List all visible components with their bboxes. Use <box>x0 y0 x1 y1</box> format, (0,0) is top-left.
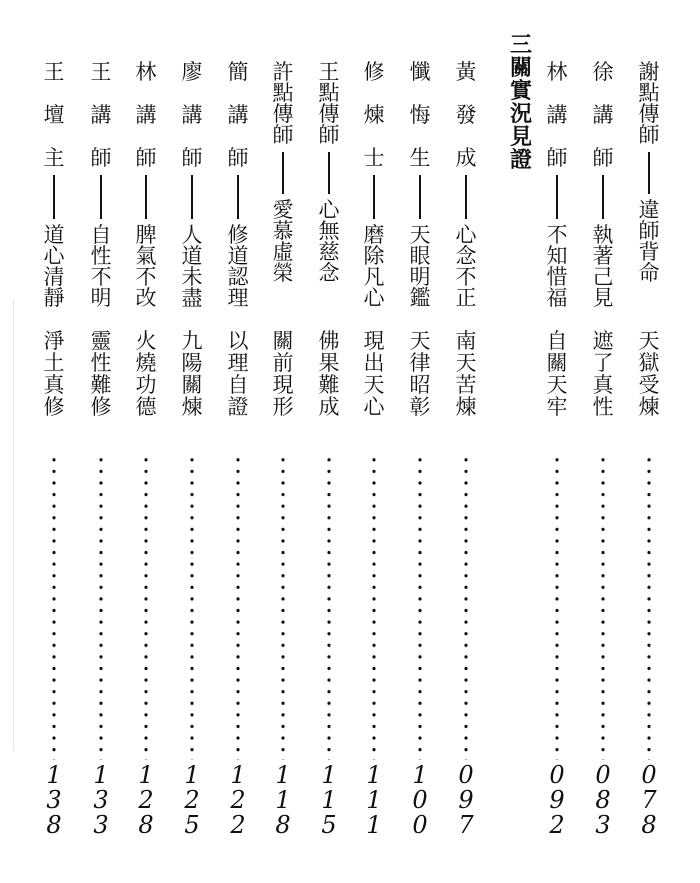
page-digit: 2 <box>184 788 199 813</box>
page-digit: 3 <box>46 788 61 813</box>
page-digit: 8 <box>595 788 610 813</box>
entry-subtitle: 以理自證 <box>221 330 255 418</box>
entry-person-name: 謝點傳師 <box>635 62 663 146</box>
name-char: 謝 <box>635 62 663 83</box>
title-char: 違 <box>635 200 663 221</box>
dot-leader <box>449 454 483 760</box>
dot-leader <box>266 454 300 760</box>
page-digit: 1 <box>230 763 245 788</box>
title-char: 執 <box>589 225 617 246</box>
em-dash-separator <box>373 175 375 219</box>
subtitle-char: 難 <box>315 374 343 396</box>
page-digit: 1 <box>275 763 290 788</box>
toc-entry[interactable]: 黃發成心念不正 <box>449 62 483 309</box>
title-char: 心 <box>452 225 480 246</box>
name-char: 傳 <box>635 104 663 125</box>
entry-person-name: 王講師 <box>87 62 115 169</box>
subtitle-char: 了 <box>589 352 617 374</box>
page-number[interactable]: 115 <box>312 763 346 838</box>
page-number[interactable]: 133 <box>84 763 118 838</box>
name-char: 講 <box>87 105 115 126</box>
subtitle-char: 天 <box>543 374 571 396</box>
dot-leader <box>586 454 620 760</box>
entry-title: 天眼明鑑 <box>406 225 434 309</box>
title-char: 理 <box>224 288 252 309</box>
toc-entry[interactable]: 簡講師修道認理 <box>221 62 255 309</box>
dot-leader <box>37 454 71 760</box>
dot-leader <box>357 454 391 760</box>
title-char: 著 <box>589 246 617 267</box>
subtitle-char: 受 <box>635 374 663 396</box>
page-digit: 0 <box>412 813 427 838</box>
entry-subtitle: 佛果難成 <box>312 330 346 418</box>
page-digit: 1 <box>366 813 381 838</box>
title-char: 師 <box>635 221 663 242</box>
title-char: 不 <box>132 267 160 288</box>
page-digit: 0 <box>549 763 564 788</box>
entry-subtitle: 遮了真性 <box>586 330 620 418</box>
title-char: 改 <box>132 288 160 309</box>
entry-title: 執著己見 <box>589 225 617 309</box>
page-number[interactable]: 083 <box>586 763 620 838</box>
name-char: 師 <box>543 148 571 169</box>
title-char: 己 <box>589 267 617 288</box>
name-char: 許 <box>269 62 297 83</box>
entry-subtitle: 九陽關煉 <box>175 330 209 418</box>
subtitle-char: 自 <box>543 330 571 352</box>
heading-char: 證 <box>507 149 535 172</box>
page-digit: 2 <box>230 813 245 838</box>
entry-subtitle: 靈性難修 <box>84 330 118 418</box>
name-char: 徐 <box>589 62 617 83</box>
title-char: 榮 <box>269 263 297 284</box>
subtitle-char: 天 <box>360 374 388 396</box>
page-number[interactable]: 138 <box>37 763 71 838</box>
entry-title: 違師背命 <box>635 200 663 284</box>
em-dash-separator <box>100 175 102 219</box>
page-digit: 2 <box>138 788 153 813</box>
page-number[interactable]: 125 <box>175 763 209 838</box>
entry-person-name: 修煉士 <box>360 62 388 169</box>
subtitle-char: 律 <box>406 352 434 374</box>
page-digit: 3 <box>595 813 610 838</box>
entry-title: 脾氣不改 <box>132 225 160 309</box>
entry-person-name: 徐講師 <box>589 62 617 169</box>
dot-leader <box>175 454 209 760</box>
subtitle-char: 心 <box>360 396 388 418</box>
page-digit: 0 <box>458 763 473 788</box>
title-char: 鑑 <box>406 288 434 309</box>
name-char: 修 <box>360 62 388 83</box>
em-dash-separator <box>556 175 558 219</box>
name-char: 師 <box>315 125 343 146</box>
em-dash-separator <box>53 175 55 219</box>
name-char: 成 <box>452 148 480 169</box>
entry-title: 不知惜福 <box>543 225 571 309</box>
page-digit: 0 <box>641 763 656 788</box>
name-char: 傳 <box>269 104 297 125</box>
name-char: 講 <box>224 105 252 126</box>
em-dash-separator <box>282 152 284 194</box>
subtitle-char: 昭 <box>406 374 434 396</box>
subtitle-char: 遮 <box>589 330 617 352</box>
subtitle-char: 證 <box>224 396 252 418</box>
name-char: 師 <box>635 125 663 146</box>
title-char: 道 <box>40 225 68 246</box>
em-dash-separator <box>328 152 330 194</box>
title-char: 念 <box>315 263 343 284</box>
subtitle-char: 佛 <box>315 330 343 352</box>
title-char: 愛 <box>269 200 297 221</box>
title-char: 明 <box>87 288 115 309</box>
title-char: 氣 <box>132 246 160 267</box>
title-char: 認 <box>224 267 252 288</box>
name-char: 點 <box>269 83 297 104</box>
page-digit: 1 <box>366 788 381 813</box>
subtitle-char: 性 <box>87 352 115 374</box>
dot-leader <box>84 454 118 760</box>
dot-leader <box>403 454 437 760</box>
toc-entry[interactable]: 修煉士磨除凡心 <box>357 62 391 309</box>
entry-title: 自性不明 <box>87 225 115 309</box>
entry-title: 磨除凡心 <box>360 225 388 309</box>
subtitle-char: 靈 <box>87 330 115 352</box>
em-dash-separator <box>648 152 650 194</box>
subtitle-char: 九 <box>178 330 206 352</box>
title-char: 心 <box>315 200 343 221</box>
em-dash-separator <box>237 175 239 219</box>
title-char: 知 <box>543 246 571 267</box>
subtitle-char: 以 <box>224 330 252 352</box>
page-digit: 8 <box>275 813 290 838</box>
name-char: 講 <box>543 105 571 126</box>
name-char: 主 <box>40 148 68 169</box>
heading-char: 見 <box>507 126 535 149</box>
entry-title: 修道認理 <box>224 225 252 309</box>
subtitle-char: 果 <box>315 352 343 374</box>
name-char: 悔 <box>406 105 434 126</box>
name-char: 士 <box>360 148 388 169</box>
title-char: 虛 <box>269 242 297 263</box>
name-char: 王 <box>315 62 343 83</box>
toc-entry[interactable]: 王壇主道心清靜 <box>37 62 71 309</box>
page-number[interactable]: 100 <box>403 763 437 838</box>
page-digit: 9 <box>458 788 473 813</box>
page-digit: 1 <box>93 763 108 788</box>
subtitle-char: 關 <box>269 330 297 352</box>
entry-person-name: 黃發成 <box>452 62 480 169</box>
subtitle-char: 出 <box>360 352 388 374</box>
entry-title: 心念不正 <box>452 225 480 309</box>
title-char: 惜 <box>543 267 571 288</box>
name-char: 林 <box>132 62 160 83</box>
em-dash-separator <box>419 175 421 219</box>
name-char: 講 <box>589 105 617 126</box>
page-number[interactable]: 097 <box>449 763 483 838</box>
dot-leader <box>129 454 163 760</box>
title-char: 無 <box>315 221 343 242</box>
subtitle-char: 天 <box>452 352 480 374</box>
page-digit: 8 <box>641 813 656 838</box>
subtitle-char: 難 <box>87 374 115 396</box>
page-digit: 1 <box>275 788 290 813</box>
page-number[interactable]: 111 <box>357 763 391 838</box>
toc-entry[interactable]: 懺悔生天眼明鑑 <box>403 62 437 309</box>
subtitle-char: 修 <box>87 396 115 418</box>
name-char: 師 <box>132 148 160 169</box>
name-char: 師 <box>224 148 252 169</box>
subtitle-char: 前 <box>269 352 297 374</box>
entry-subtitle: 天獄受煉 <box>632 330 666 418</box>
page-digit: 1 <box>321 788 336 813</box>
subtitle-char: 關 <box>543 352 571 374</box>
name-char: 黃 <box>452 62 480 83</box>
toc-entry[interactable]: 許點傳師愛慕虛榮 <box>266 62 300 284</box>
title-char: 慈 <box>315 242 343 263</box>
page-digit: 7 <box>641 788 656 813</box>
subtitle-char: 功 <box>132 374 160 396</box>
title-char: 脾 <box>132 225 160 246</box>
entry-title: 心無慈念 <box>315 200 343 284</box>
page-digit: 3 <box>93 813 108 838</box>
subtitle-char: 天 <box>406 330 434 352</box>
name-char: 王 <box>87 62 115 83</box>
subtitle-char: 火 <box>132 330 160 352</box>
title-char: 自 <box>87 225 115 246</box>
title-char: 未 <box>178 267 206 288</box>
toc-entry[interactable]: 林講師不知惜福 <box>540 62 574 309</box>
subtitle-char: 現 <box>360 330 388 352</box>
title-char: 修 <box>224 225 252 246</box>
name-char: 懺 <box>406 62 434 83</box>
name-char: 點 <box>635 83 663 104</box>
subtitle-char: 真 <box>40 374 68 396</box>
entry-subtitle: 火燒功德 <box>129 330 163 418</box>
entry-person-name: 林講師 <box>543 62 571 169</box>
page-digit: 8 <box>46 813 61 838</box>
name-char: 傳 <box>315 104 343 125</box>
subtitle-char: 獄 <box>635 352 663 374</box>
entry-person-name: 王點傳師 <box>315 62 343 146</box>
title-char: 正 <box>452 288 480 309</box>
title-char: 念 <box>452 246 480 267</box>
subtitle-char: 修 <box>40 396 68 418</box>
title-char: 道 <box>178 246 206 267</box>
subtitle-char: 性 <box>589 396 617 418</box>
page-digit: 5 <box>321 813 336 838</box>
subtitle-char: 煉 <box>452 396 480 418</box>
title-char: 磨 <box>360 225 388 246</box>
name-char: 煉 <box>360 105 388 126</box>
toc-entry[interactable]: 徐講師執著己見 <box>586 62 620 309</box>
entry-person-name: 廖講師 <box>178 62 206 169</box>
name-char: 講 <box>132 105 160 126</box>
name-char: 師 <box>589 148 617 169</box>
page-number[interactable]: 122 <box>221 763 255 838</box>
section-heading: 三 關 實 況 見 證 <box>504 34 538 172</box>
subtitle-char: 苦 <box>452 374 480 396</box>
name-char: 生 <box>406 148 434 169</box>
title-char: 除 <box>360 246 388 267</box>
entry-person-name: 許點傳師 <box>269 62 297 146</box>
name-char: 簡 <box>224 62 252 83</box>
title-char: 靜 <box>40 288 68 309</box>
subtitle-char: 牢 <box>543 396 571 418</box>
entry-title: 道心清靜 <box>40 225 68 309</box>
em-dash-separator <box>191 175 193 219</box>
title-char: 人 <box>178 225 206 246</box>
title-char: 明 <box>406 267 434 288</box>
title-char: 性 <box>87 246 115 267</box>
title-char: 天 <box>406 225 434 246</box>
em-dash-separator <box>465 175 467 219</box>
page-digit: 2 <box>549 813 564 838</box>
name-char: 師 <box>269 125 297 146</box>
entry-person-name: 王壇主 <box>40 62 68 169</box>
title-char: 命 <box>635 263 663 284</box>
entry-subtitle: 關前現形 <box>266 330 300 418</box>
title-char: 慕 <box>269 221 297 242</box>
page-number[interactable]: 128 <box>129 763 163 838</box>
name-char: 林 <box>543 62 571 83</box>
title-char: 背 <box>635 242 663 263</box>
title-char: 福 <box>543 288 571 309</box>
toc-entry[interactable]: 謝點傳師違師背命 <box>632 62 666 284</box>
entry-subtitle: 現出天心 <box>357 330 391 418</box>
page-digit: 1 <box>184 763 199 788</box>
name-char: 師 <box>178 148 206 169</box>
subtitle-char: 煉 <box>635 396 663 418</box>
entry-subtitle: 天律昭彰 <box>403 330 437 418</box>
entry-title: 愛慕虛榮 <box>269 200 297 284</box>
heading-char: 況 <box>507 103 535 126</box>
page-digit: 8 <box>138 813 153 838</box>
page-digit: 7 <box>458 813 473 838</box>
title-char: 心 <box>40 246 68 267</box>
subtitle-char: 土 <box>40 352 68 374</box>
page-digit: 1 <box>46 763 61 788</box>
title-char: 不 <box>543 225 571 246</box>
title-char: 不 <box>87 267 115 288</box>
subtitle-char: 天 <box>635 330 663 352</box>
page-number[interactable]: 092 <box>540 763 574 838</box>
page-digit: 1 <box>138 763 153 788</box>
title-char: 不 <box>452 267 480 288</box>
entry-subtitle: 淨土真修 <box>37 330 71 418</box>
subtitle-char: 南 <box>452 330 480 352</box>
toc-entry[interactable]: 廖講師人道未盡 <box>175 62 209 309</box>
name-char: 發 <box>452 105 480 126</box>
toc-entry[interactable]: 王講師自性不明 <box>84 62 118 309</box>
heading-char: 關 <box>507 57 535 80</box>
subtitle-char: 現 <box>269 374 297 396</box>
toc-entry[interactable]: 王點傳師心無慈念 <box>312 62 346 284</box>
subtitle-char: 燒 <box>132 352 160 374</box>
subtitle-char: 彰 <box>406 396 434 418</box>
page-number[interactable]: 118 <box>266 763 300 838</box>
page-digit: 1 <box>366 763 381 788</box>
subtitle-char: 真 <box>589 374 617 396</box>
page-number[interactable]: 078 <box>632 763 666 838</box>
title-char: 心 <box>360 288 388 309</box>
entry-subtitle: 自關天牢 <box>540 330 574 418</box>
page-digit: 2 <box>230 788 245 813</box>
title-char: 凡 <box>360 267 388 288</box>
title-char: 眼 <box>406 246 434 267</box>
entry-title: 人道未盡 <box>178 225 206 309</box>
name-char: 王 <box>40 62 68 83</box>
subtitle-char: 關 <box>178 374 206 396</box>
page-digit: 5 <box>184 813 199 838</box>
page-digit: 1 <box>321 763 336 788</box>
page-digit: 0 <box>595 763 610 788</box>
name-char: 師 <box>87 148 115 169</box>
subtitle-char: 陽 <box>178 352 206 374</box>
subtitle-char: 淨 <box>40 330 68 352</box>
em-dash-separator <box>602 175 604 219</box>
subtitle-char: 德 <box>132 396 160 418</box>
name-char: 廖 <box>178 62 206 83</box>
dot-leader <box>312 454 346 760</box>
name-char: 壇 <box>40 105 68 126</box>
page-digit: 1 <box>412 763 427 788</box>
subtitle-char: 形 <box>269 396 297 418</box>
page-digit: 3 <box>93 788 108 813</box>
subtitle-char: 煉 <box>178 396 206 418</box>
subtitle-char: 自 <box>224 374 252 396</box>
dot-leader <box>221 454 255 760</box>
page-margin-line <box>13 300 14 750</box>
title-char: 清 <box>40 267 68 288</box>
toc-entry[interactable]: 林講師脾氣不改 <box>129 62 163 309</box>
dot-leader <box>632 454 666 760</box>
title-char: 盡 <box>178 288 206 309</box>
page-digit: 0 <box>412 788 427 813</box>
entry-person-name: 林講師 <box>132 62 160 169</box>
title-char: 見 <box>589 288 617 309</box>
subtitle-char: 理 <box>224 352 252 374</box>
entry-subtitle: 南天苦煉 <box>449 330 483 418</box>
name-char: 點 <box>315 83 343 104</box>
page-digit: 9 <box>549 788 564 813</box>
entry-person-name: 簡講師 <box>224 62 252 169</box>
heading-char: 三 <box>507 34 535 57</box>
entry-person-name: 懺悔生 <box>406 62 434 169</box>
subtitle-char: 成 <box>315 396 343 418</box>
title-char: 道 <box>224 246 252 267</box>
name-char: 講 <box>178 105 206 126</box>
em-dash-separator <box>145 175 147 219</box>
heading-char: 實 <box>507 80 535 103</box>
dot-leader <box>540 454 574 760</box>
